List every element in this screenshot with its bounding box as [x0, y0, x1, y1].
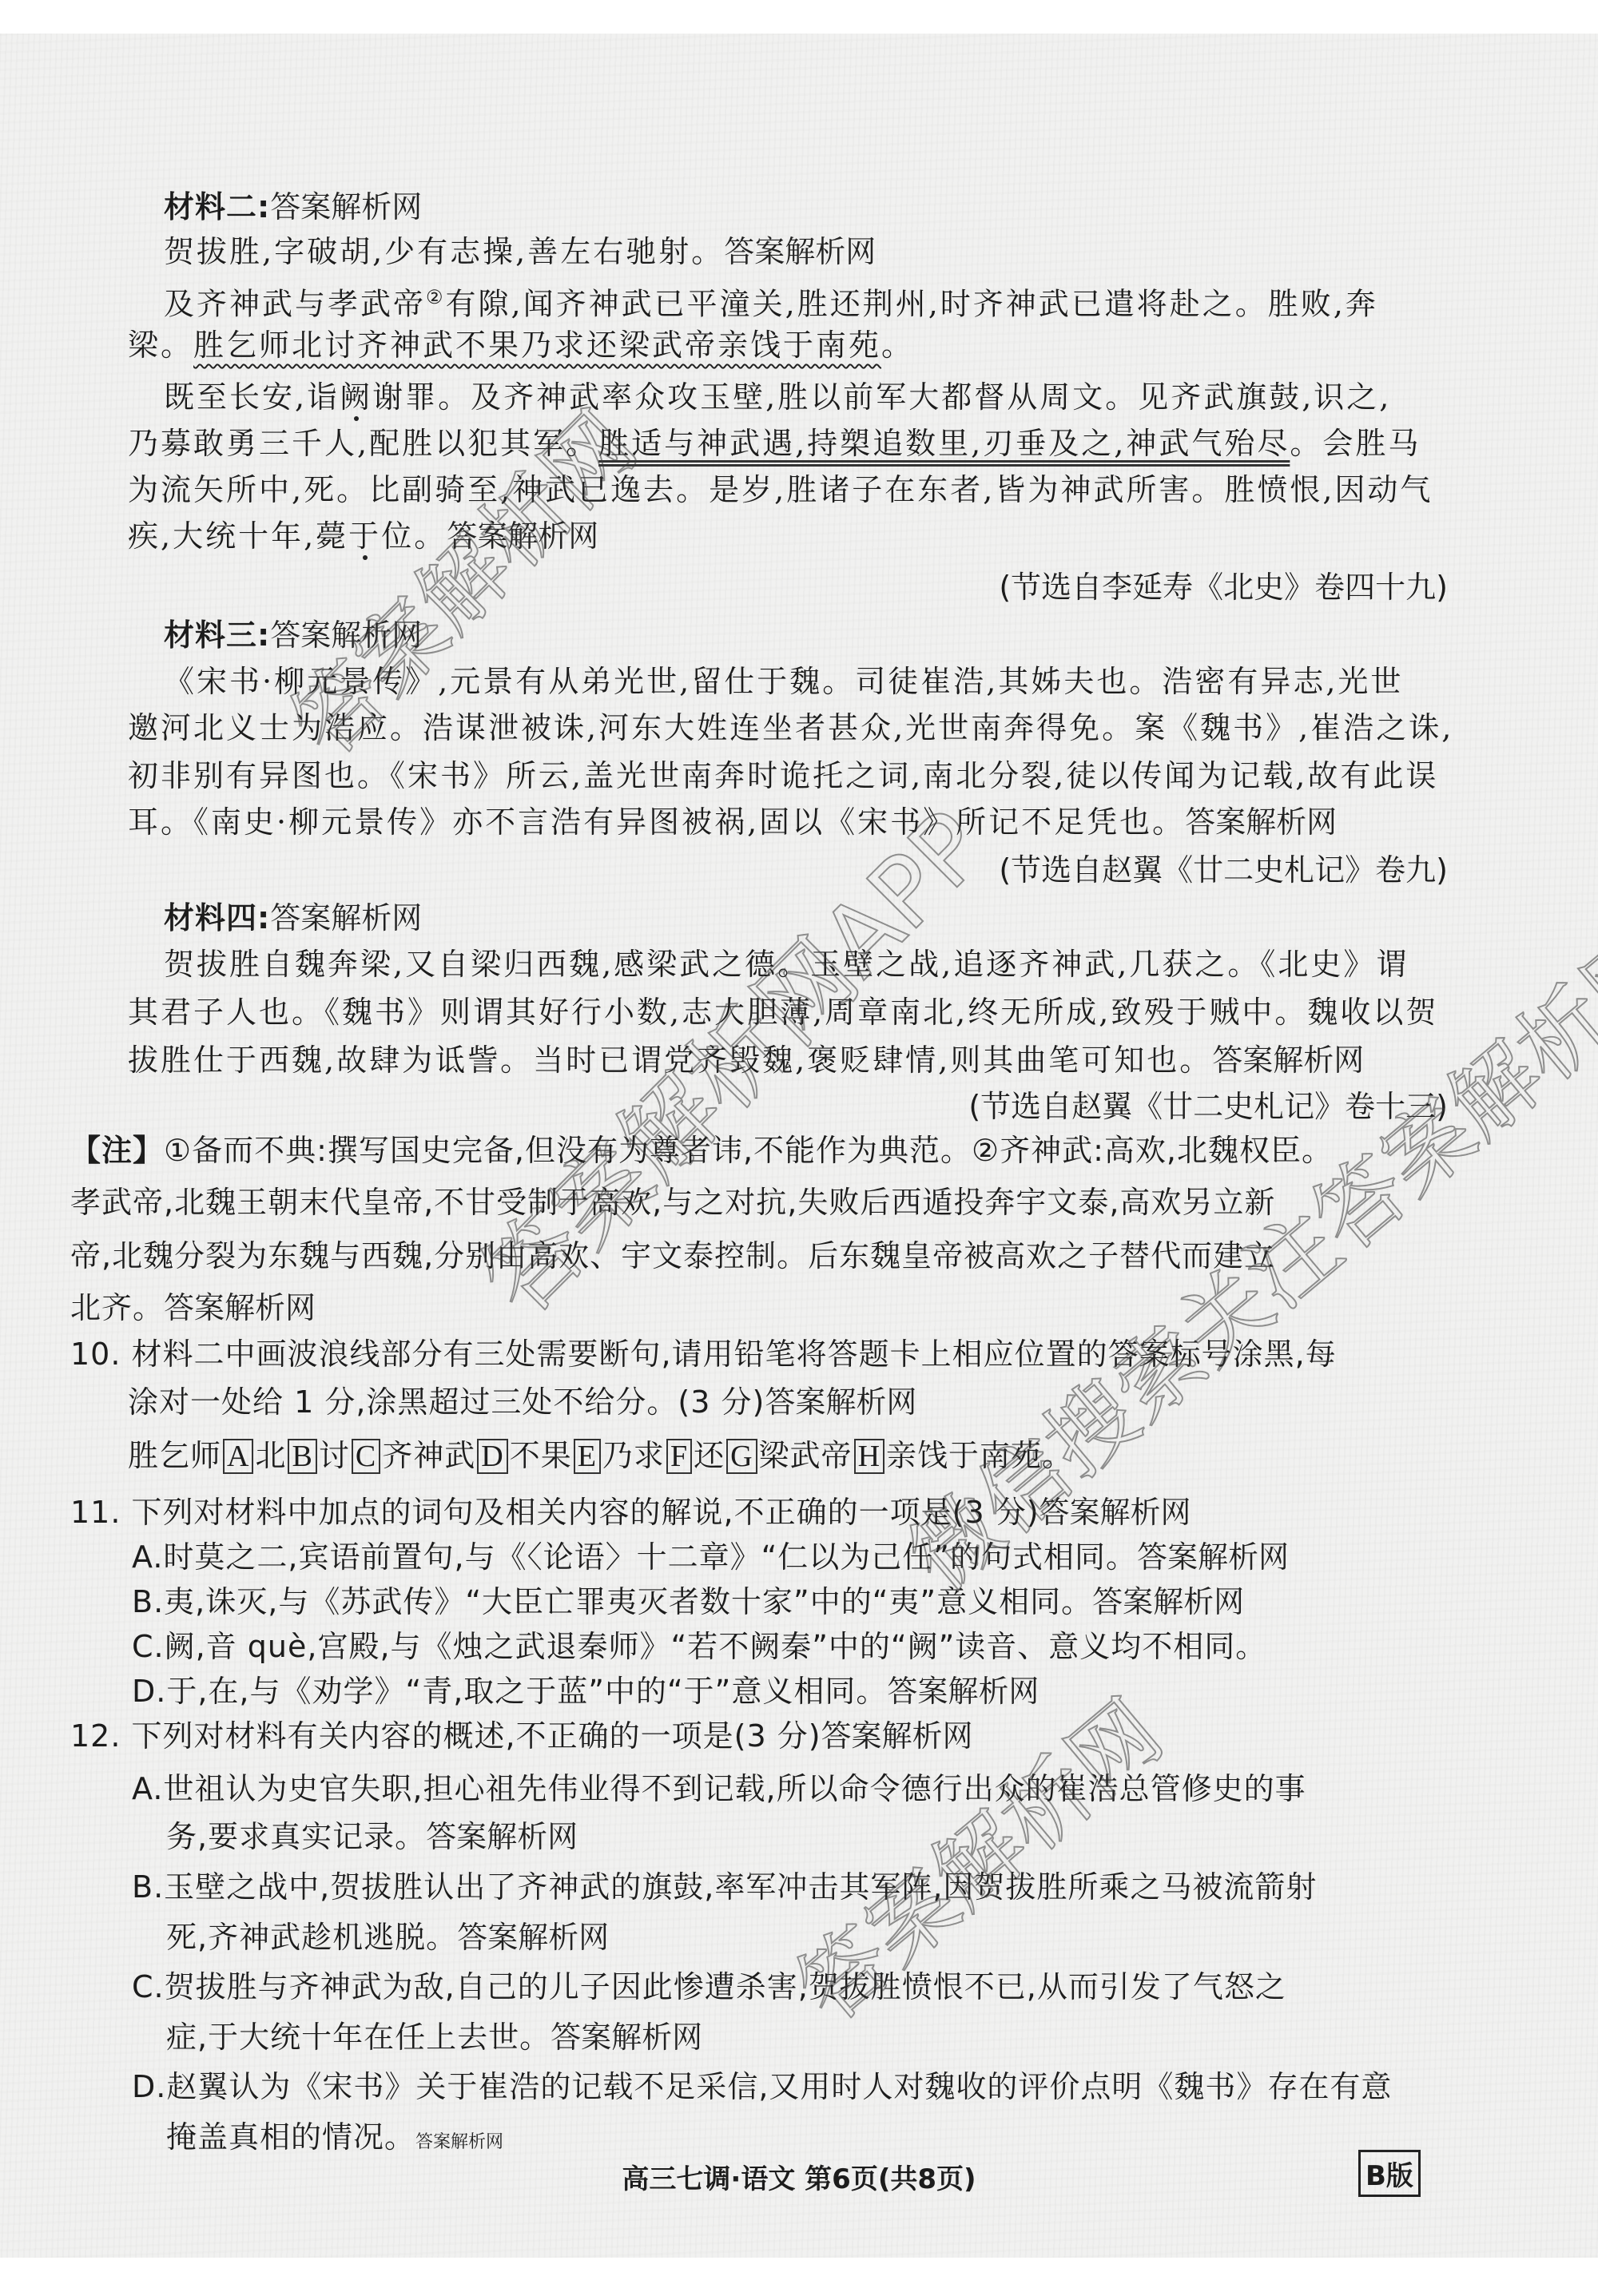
material2-heading: 材料二:答案解析网 [164, 185, 422, 228]
inline-watermark: 答案解析网 [270, 189, 422, 224]
option-text: 赵翼认为《宋书》关于崔浩的记载不足采信,又用时人对魏收的评价点明《魏书》存在有意 [166, 2069, 1392, 2104]
inline-watermark: 答案解析网 [765, 1384, 916, 1420]
material2-line-7: 疾,大统十年,薨于位。答案解析网 [128, 514, 598, 558]
q12-option-a[interactable]: A.世祖认为史官失职,担心祖先伟业得不到记载,所以命令德行出众的崔浩总管修史的事 [132, 1767, 1306, 1810]
segment: 齐神武 [382, 1438, 475, 1473]
q11-option-d[interactable]: D.于,在,与《劝学》“青,取之于蓝”中的“于”意义相同。答案解析网 [132, 1670, 1039, 1713]
material2-line-4: 既至长安,诣阙谢罪。及齐神武率众攻玉壁,胜以前军大都督从周文。见齐武旗鼓,识之, [164, 375, 1391, 419]
option-text: 玉壁之战中,贺拔胜认出了齐神武的旗鼓,率军冲击其军阵,因贺拔胜所乘之马被流箭射 [164, 1869, 1317, 1905]
option-text: 务,要求真实记录。 [166, 1819, 426, 1854]
text: 有隙,闻齐神武已平潼关,胜还荆州,时齐神武已遣将赴之。胜败,奔 [446, 287, 1378, 322]
material3-heading: 材料三:答案解析网 [164, 614, 422, 657]
notes-line-4: 北齐。答案解析网 [70, 1286, 316, 1329]
option-text: 阙,音 què,宫殿,与《烛之武退秦师》“若不阙秦”中的“阙”读音、意义均不相同… [165, 1629, 1267, 1664]
option-text: 夷,诛灭,与《苏武传》“大臣亡罪夷灭者数十家”中的“夷”意义相同。 [164, 1584, 1092, 1619]
text: 耳。《南史·柳元景传》亦不言浩有异图被祸,固以《宋书》所记不足凭也。 [128, 804, 1185, 840]
text: 既至长安,诣 [164, 379, 340, 415]
material3-line-1: 《宋书·柳元景传》,元景有从弟光世,留仕于魏。司徒崔浩,其姊夫也。浩密有异志,光… [164, 660, 1403, 703]
text: ①备而不典:撰写国史完备,但没有为尊者讳,不能作为典范。②齐神武:高欢,北魏权臣… [164, 1133, 1333, 1168]
material2-line-3: 梁。胜乞师北讨齐神武不果乃求还梁武帝亲饯于南苑。 [128, 324, 914, 367]
material2-line-6: 为流矢所中,死。比副骑至,神武已逸去。是岁,胜诸子在东者,皆为神武所害。胜愤恨,… [128, 468, 1433, 511]
inline-watermark: 答案解析网 [447, 518, 598, 554]
text: 北齐。 [70, 1290, 164, 1325]
q12-option-c[interactable]: C.贺拔胜与齐神武为敌,自己的儿子因此惨遭杀害,贺拔胜愤恨不已,从而引发了气怒之 [132, 1965, 1286, 2008]
segment: 胜乞师 [128, 1438, 221, 1473]
text: 。 [881, 328, 914, 363]
segment: 亲饯于南苑。 [886, 1438, 1073, 1473]
material4-line-1: 贺拔胜自魏奔梁,又自梁归西魏,感梁武之德。玉壁之战,追逐齐神武,几获之。《北史》… [164, 943, 1409, 986]
question-number: 11. [70, 1495, 121, 1530]
material4-source: (节选自赵翼《廿二史札记》卷十三) [968, 1085, 1448, 1128]
breakpoint-box-g[interactable]: G [726, 1439, 757, 1474]
inline-watermark: 答案解析网 [1039, 1495, 1191, 1530]
notes-label: 【注】 [70, 1133, 164, 1168]
text: 下列对材料中加点的词句及相关内容的解说,不正确的一项是(3 分) [132, 1495, 1039, 1530]
text: 贺拔胜,字破胡,少有志操,善左右驰射。 [164, 234, 724, 269]
breakpoint-box-e[interactable]: E [574, 1439, 601, 1474]
text: 谢罪。及齐神武率众攻玉壁,胜以前军大都督从周文。见齐武旗鼓,识之, [372, 379, 1391, 415]
dotted-character: 于 [348, 518, 381, 554]
material3-line-2: 邀河北义士为浩应。浩谋泄被诛,河东大姓连坐者甚众,光世南奔得免。案《魏书》,崔浩… [128, 706, 1453, 749]
option-text: 时莫之二,宾语前置句,与《〈论语〉十二章》“仁以为己任”的句式相同。 [163, 1539, 1137, 1575]
inline-watermark: 答案解析网 [164, 1290, 316, 1325]
q12-option-c-cont: 症,于大统十年在任上去世。答案解析网 [166, 2016, 702, 2059]
heading-text: 材料二: [164, 189, 270, 224]
wavy-underlined-passage: 胜乞师北讨齐神武不果乃求还梁武帝亲饯于南苑 [193, 328, 881, 363]
inline-watermark: 答案解析网 [551, 2020, 702, 2055]
text: 疾,大统十年,薨 [128, 518, 348, 554]
q11-option-c[interactable]: C.阙,音 què,宫殿,与《烛之武退秦师》“若不阙秦”中的“阙”读音、意义均不… [132, 1625, 1266, 1668]
inline-watermark: 答案解析网 [724, 234, 876, 269]
inline-watermark: 答案解析网 [1092, 1584, 1244, 1619]
breakpoint-box-d[interactable]: D [477, 1439, 507, 1474]
option-label: B. [132, 1869, 164, 1905]
option-text: 于,在,与《劝学》“青,取之于蓝”中的“于”意义相同。 [166, 1674, 887, 1709]
material3-line-4: 耳。《南史·柳元景传》亦不言浩有异图被祸,固以《宋书》所记不足凭也。答案解析网 [128, 800, 1337, 844]
option-label: D. [132, 1674, 166, 1709]
option-label: C. [132, 1969, 165, 2004]
notes-line-3: 帝,北魏分裂为东魏与西魏,分别由高欢、宇文泰控制。后东魏皇帝被高欢之子替代而建立 [70, 1234, 1275, 1277]
breakpoint-box-c[interactable]: C [352, 1439, 380, 1474]
inline-watermark: 答案解析网 [415, 2132, 503, 2152]
option-label: B. [132, 1584, 164, 1619]
option-label: A. [132, 1771, 163, 1806]
segment: 北 [255, 1438, 286, 1473]
heading-text: 材料三: [164, 618, 270, 653]
scan-bottom-margin [0, 2258, 1598, 2296]
material2-line-5: 乃募敢勇三千人,配胜以犯其军。胜适与神武遇,持槊追数里,刃垂及之,神武气殆尽。会… [128, 422, 1421, 465]
material4-line-2: 其君子人也。《魏书》则谓其好行小数,志大胆薄,周章南北,终无所成,致殁于贼中。魏… [128, 991, 1438, 1034]
heading-text: 材料四: [164, 900, 270, 935]
notes-line-1: 【注】①备而不典:撰写国史完备,但没有为尊者讳,不能作为典范。②齐神武:高欢,北… [70, 1129, 1333, 1172]
q12-option-d[interactable]: D.赵翼认为《宋书》关于崔浩的记载不足采信,又用时人对魏收的评价点明《魏书》存在… [132, 2065, 1392, 2108]
q12-option-b-cont: 死,齐神武趁机逃脱。答案解析网 [166, 1916, 609, 1959]
text: 位。 [381, 518, 447, 554]
question-number: 12. [70, 1718, 121, 1754]
breakpoint-box-h[interactable]: H [854, 1439, 884, 1474]
text: 拔胜仕于西魏,故肆为诋訾。当时已谓党齐毁魏,褒贬肆情,则其曲笔可知也。 [128, 1043, 1212, 1078]
material2-line-1: 贺拔胜,字破胡,少有志操,善左右驰射。答案解析网 [164, 230, 876, 273]
q10-stem-line-2: 涂对一处给 1 分,涂黑超过三处不给分。(3 分)答案解析网 [128, 1380, 916, 1424]
option-label: A. [132, 1539, 163, 1575]
inline-watermark: 答案解析网 [270, 618, 422, 653]
inline-watermark: 答案解析网 [426, 1819, 578, 1854]
text: 为流矢所中,死。比副骑至,神武已逸去。是岁,胜诸子在东者,皆为神武所害。胜愤恨,… [128, 472, 1433, 507]
text: 下列对材料有关内容的概述,不正确的一项是(3 分) [132, 1718, 821, 1754]
material4-line-3: 拔胜仕于西魏,故肆为诋訾。当时已谓党齐毁魏,褒贬肆情,则其曲笔可知也。答案解析网 [128, 1039, 1364, 1082]
option-text: 贺拔胜与齐神武为敌,自己的儿子因此惨遭杀害,贺拔胜愤恨不已,从而引发了气怒之 [165, 1969, 1286, 2004]
text: 材料二中画波浪线部分有三处需要断句,请用铅笔将答题卡上相应位置的答案标号涂黑,每 [132, 1337, 1337, 1372]
inline-watermark: 答案解析网 [1212, 1043, 1364, 1078]
dotted-character: 阙 [340, 379, 372, 415]
inline-watermark: 答案解析网 [270, 900, 422, 935]
breakpoint-box-a[interactable]: A [223, 1439, 253, 1474]
option-text: 死,齐神武趁机逃脱。 [166, 1920, 457, 1955]
option-text: 症,于大统十年在任上去世。 [166, 2020, 551, 2055]
segment: 讨 [319, 1438, 350, 1473]
text: 及齐神武与孝武帝 [164, 287, 426, 322]
q12-option-b[interactable]: B.玉壁之战中,贺拔胜认出了齐神武的旗鼓,率军冲击其军阵,因贺拔胜所乘之马被流箭… [132, 1865, 1317, 1909]
text: 。会胜马 [1290, 426, 1421, 461]
material2-line-2: 及齐神武与孝武帝②有隙,闻齐神武已平潼关,胜还荆州,时齐神武已遣将赴之。胜败,奔 [164, 276, 1378, 326]
inline-watermark: 答案解析网 [1185, 804, 1337, 840]
segment: 不果 [510, 1438, 572, 1473]
breakpoint-box-b[interactable]: B [288, 1439, 316, 1474]
material2-source: (节选自李延寿《北史》卷四十九) [999, 566, 1448, 609]
option-text: 掩盖真相的情况。 [166, 2119, 415, 2155]
question-number: 10. [70, 1337, 121, 1372]
q12-option-a-cont: 务,要求真实记录。答案解析网 [166, 1815, 578, 1858]
q10-breakpoints: 胜乞师A北B讨C齐神武D不果E乃求F还G梁武帝H亲饯于南苑。 [128, 1434, 1073, 1477]
material3-source: (节选自赵翼《廿二史札记》卷九) [999, 848, 1448, 892]
inline-watermark: 答案解析网 [887, 1674, 1039, 1709]
inline-watermark: 答案解析网 [457, 1920, 609, 1955]
segment: 还 [694, 1438, 725, 1473]
option-label: D. [132, 2069, 166, 2104]
q11-stem: 11. 下列对材料中加点的词句及相关内容的解说,不正确的一项是(3 分)答案解析… [70, 1491, 1191, 1534]
footnote-marker: ② [426, 286, 446, 308]
segment: 梁武帝 [759, 1438, 853, 1473]
material3-line-3: 初非别有异图也。《宋书》所云,盖光世南奔时诡托之词,南北分裂,徒以传闻为记载,故… [128, 754, 1438, 797]
text: 涂对一处给 1 分,涂黑超过三处不给分。(3 分) [128, 1384, 765, 1420]
segment: 乃求 [602, 1438, 665, 1473]
option-label: C. [132, 1629, 165, 1664]
inline-watermark: 答案解析网 [821, 1718, 973, 1754]
option-text: 世祖认为史官失职,担心祖先伟业得不到记载,所以命令德行出众的崔浩总管修史的事 [163, 1771, 1306, 1806]
inline-watermark: 答案解析网 [1137, 1539, 1289, 1575]
q11-option-a[interactable]: A.时莫之二,宾语前置句,与《〈论语〉十二章》“仁以为己任”的句式相同。答案解析… [132, 1535, 1289, 1579]
material4-heading: 材料四:答案解析网 [164, 896, 422, 939]
underlined-passage: 胜适与神武遇,持槊追数里,刃垂及之,神武气殆尽 [598, 426, 1290, 461]
text: 梁。 [128, 328, 193, 363]
q11-option-b[interactable]: B.夷,诛灭,与《苏武传》“大臣亡罪夷灭者数十家”中的“夷”意义相同。答案解析网 [132, 1580, 1244, 1623]
notes-line-2: 孝武帝,北魏王朝末代皇帝,不甘受制于高欢,与之对抗,失败后西遁投奔宇文泰,高欢另… [70, 1181, 1275, 1224]
breakpoint-box-f[interactable]: F [666, 1439, 692, 1474]
edition-badge: B版 [1358, 2150, 1421, 2197]
text: 乃募敢勇三千人,配胜以犯其军。 [128, 426, 598, 461]
q10-stem-line-1: 10. 材料二中画波浪线部分有三处需要断句,请用铅笔将答题卡上相应位置的答案标号… [70, 1333, 1337, 1376]
exam-page: 材料二:答案解析网 贺拔胜,字破胡,少有志操,善左右驰射。答案解析网 及齐神武与… [0, 0, 1598, 2296]
q12-stem: 12. 下列对材料有关内容的概述,不正确的一项是(3 分)答案解析网 [70, 1714, 973, 1758]
